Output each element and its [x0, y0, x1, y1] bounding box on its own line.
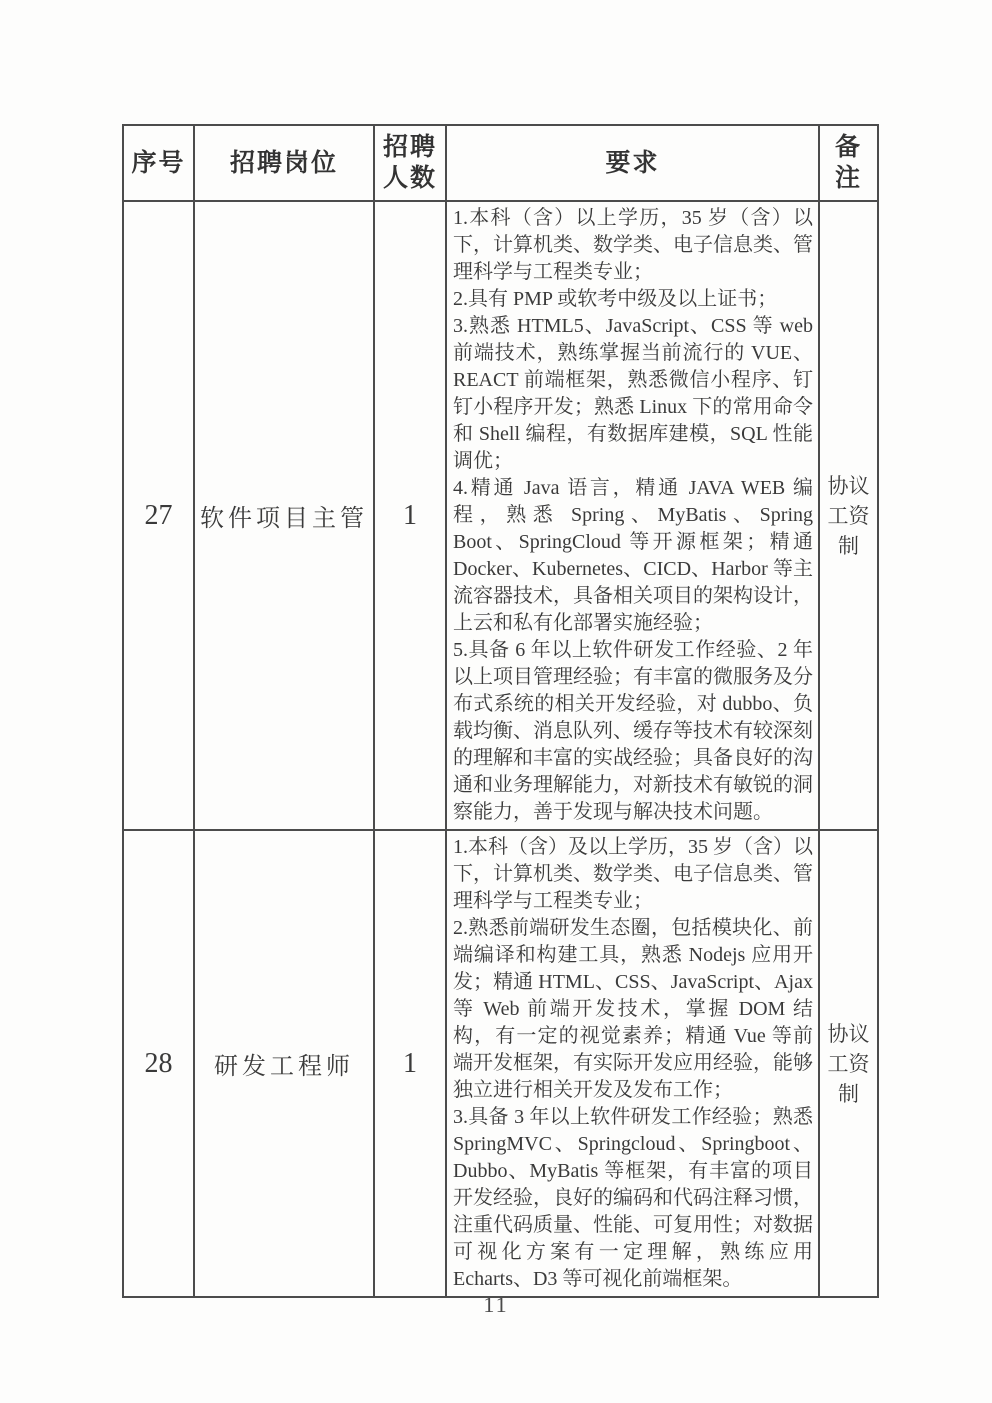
cell-count: 1 [374, 201, 446, 830]
cell-note: 协议工资制 [819, 201, 878, 830]
cell-no: 28 [123, 830, 194, 1297]
header-cell-no: 序号 [123, 125, 194, 201]
cell-position: 研发工程师 [194, 830, 374, 1297]
header-cell-requirements: 要求 [446, 125, 819, 201]
table-row: 28 研发工程师 1 1.本科（含）及以上学历，35 岁（含）以下，计算机类、数… [123, 830, 878, 1297]
recruitment-table: 序号 招聘岗位 招聘人数 要求 备注 27 软件项目主管 1 1.本科（含）以上… [122, 124, 879, 1298]
cell-requirements: 1.本科（含）以上学历，35 岁（含）以下，计算机类、数学类、电子信息类、管理科… [446, 201, 819, 830]
header-cell-count: 招聘人数 [374, 125, 446, 201]
page-number: 11 [0, 1292, 992, 1318]
table-header-row: 序号 招聘岗位 招聘人数 要求 备注 [123, 125, 878, 201]
cell-position: 软件项目主管 [194, 201, 374, 830]
cell-no: 27 [123, 201, 194, 830]
header-cell-position: 招聘岗位 [194, 125, 374, 201]
cell-count: 1 [374, 830, 446, 1297]
cell-requirements: 1.本科（含）及以上学历，35 岁（含）以下，计算机类、数学类、电子信息类、管理… [446, 830, 819, 1297]
table-row: 27 软件项目主管 1 1.本科（含）以上学历，35 岁（含）以下，计算机类、数… [123, 201, 878, 830]
header-cell-note: 备注 [819, 125, 878, 201]
cell-note: 协议工资制 [819, 830, 878, 1297]
document-page: 序号 招聘岗位 招聘人数 要求 备注 27 软件项目主管 1 1.本科（含）以上… [0, 0, 992, 1403]
